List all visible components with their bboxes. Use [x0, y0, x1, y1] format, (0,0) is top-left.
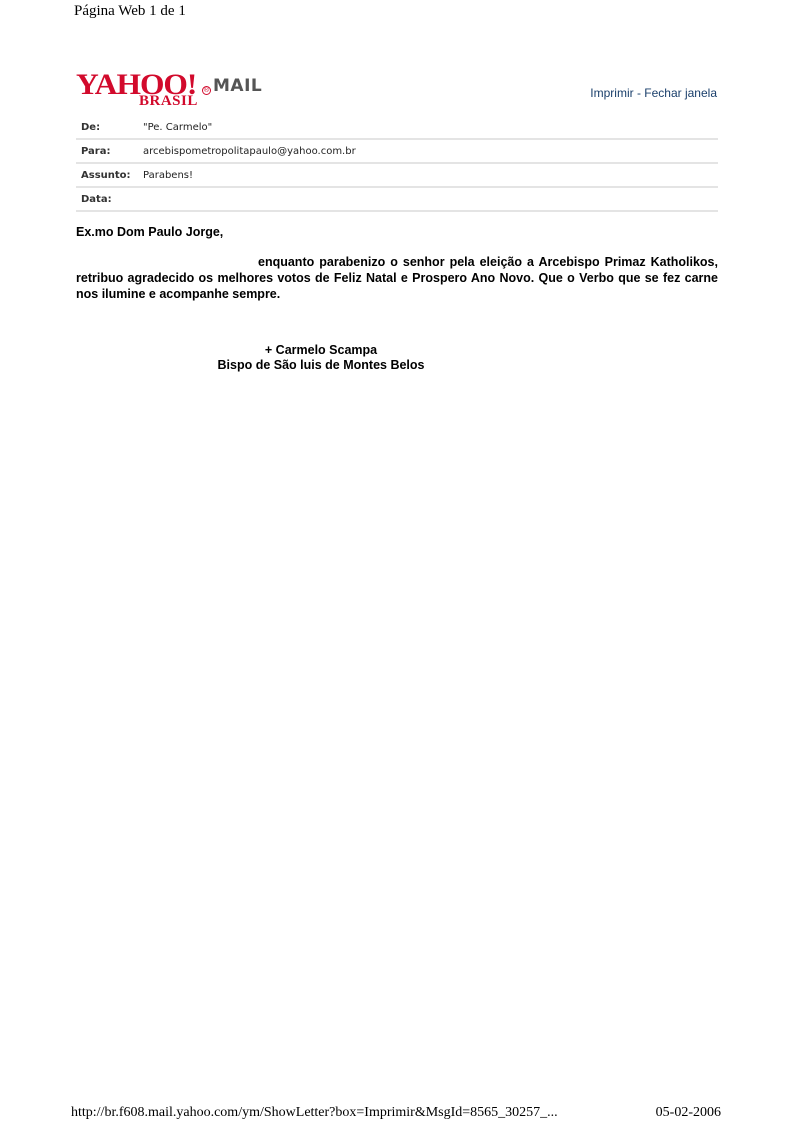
email-header-table: De: "Pe. Carmelo" Para: arcebispometropo…	[76, 116, 718, 212]
actions-separator: -	[634, 86, 645, 100]
mail-wordmark: MAIL	[213, 76, 262, 96]
message-greeting: Ex.mo Dom Paulo Jorge,	[76, 224, 718, 240]
message-signature: + Carmelo Scampa Bispo de São luis de Mo…	[190, 343, 452, 373]
header-row-date: Data:	[76, 188, 718, 212]
yahoo-mail-logo: YAHOO! ® BRASIL MAIL	[76, 70, 276, 112]
close-window-link[interactable]: Fechar janela	[644, 86, 717, 100]
message-paragraph: enquanto parabenizo o senhor pela eleiçã…	[76, 254, 718, 302]
header-row-from: De: "Pe. Carmelo"	[76, 116, 718, 140]
message-body: Ex.mo Dom Paulo Jorge, enquanto parabeni…	[76, 224, 718, 302]
message-actions: Imprimir - Fechar janela	[590, 86, 717, 100]
brasil-wordmark: BRASIL	[139, 93, 198, 110]
print-footer-url: http://br.f608.mail.yahoo.com/ym/ShowLet…	[71, 1105, 558, 1121]
print-footer-date: 05-02-2006	[656, 1105, 721, 1121]
header-row-to: Para: arcebispometropolitapaulo@yahoo.co…	[76, 140, 718, 164]
signature-title: Bispo de São luis de Montes Belos	[190, 358, 452, 373]
from-value: "Pe. Carmelo"	[143, 122, 212, 133]
date-label: Data:	[76, 194, 143, 205]
print-link[interactable]: Imprimir	[590, 86, 633, 100]
from-label: De:	[76, 122, 143, 133]
registered-icon: ®	[202, 86, 211, 95]
to-label: Para:	[76, 146, 143, 157]
subject-value: Parabens!	[143, 170, 193, 181]
print-page-header: Página Web 1 de 1	[74, 3, 186, 20]
header-row-subject: Assunto: Parabens!	[76, 164, 718, 188]
signature-name: + Carmelo Scampa	[190, 343, 452, 358]
to-value: arcebispometropolitapaulo@yahoo.com.br	[143, 146, 356, 157]
subject-label: Assunto:	[76, 170, 143, 181]
